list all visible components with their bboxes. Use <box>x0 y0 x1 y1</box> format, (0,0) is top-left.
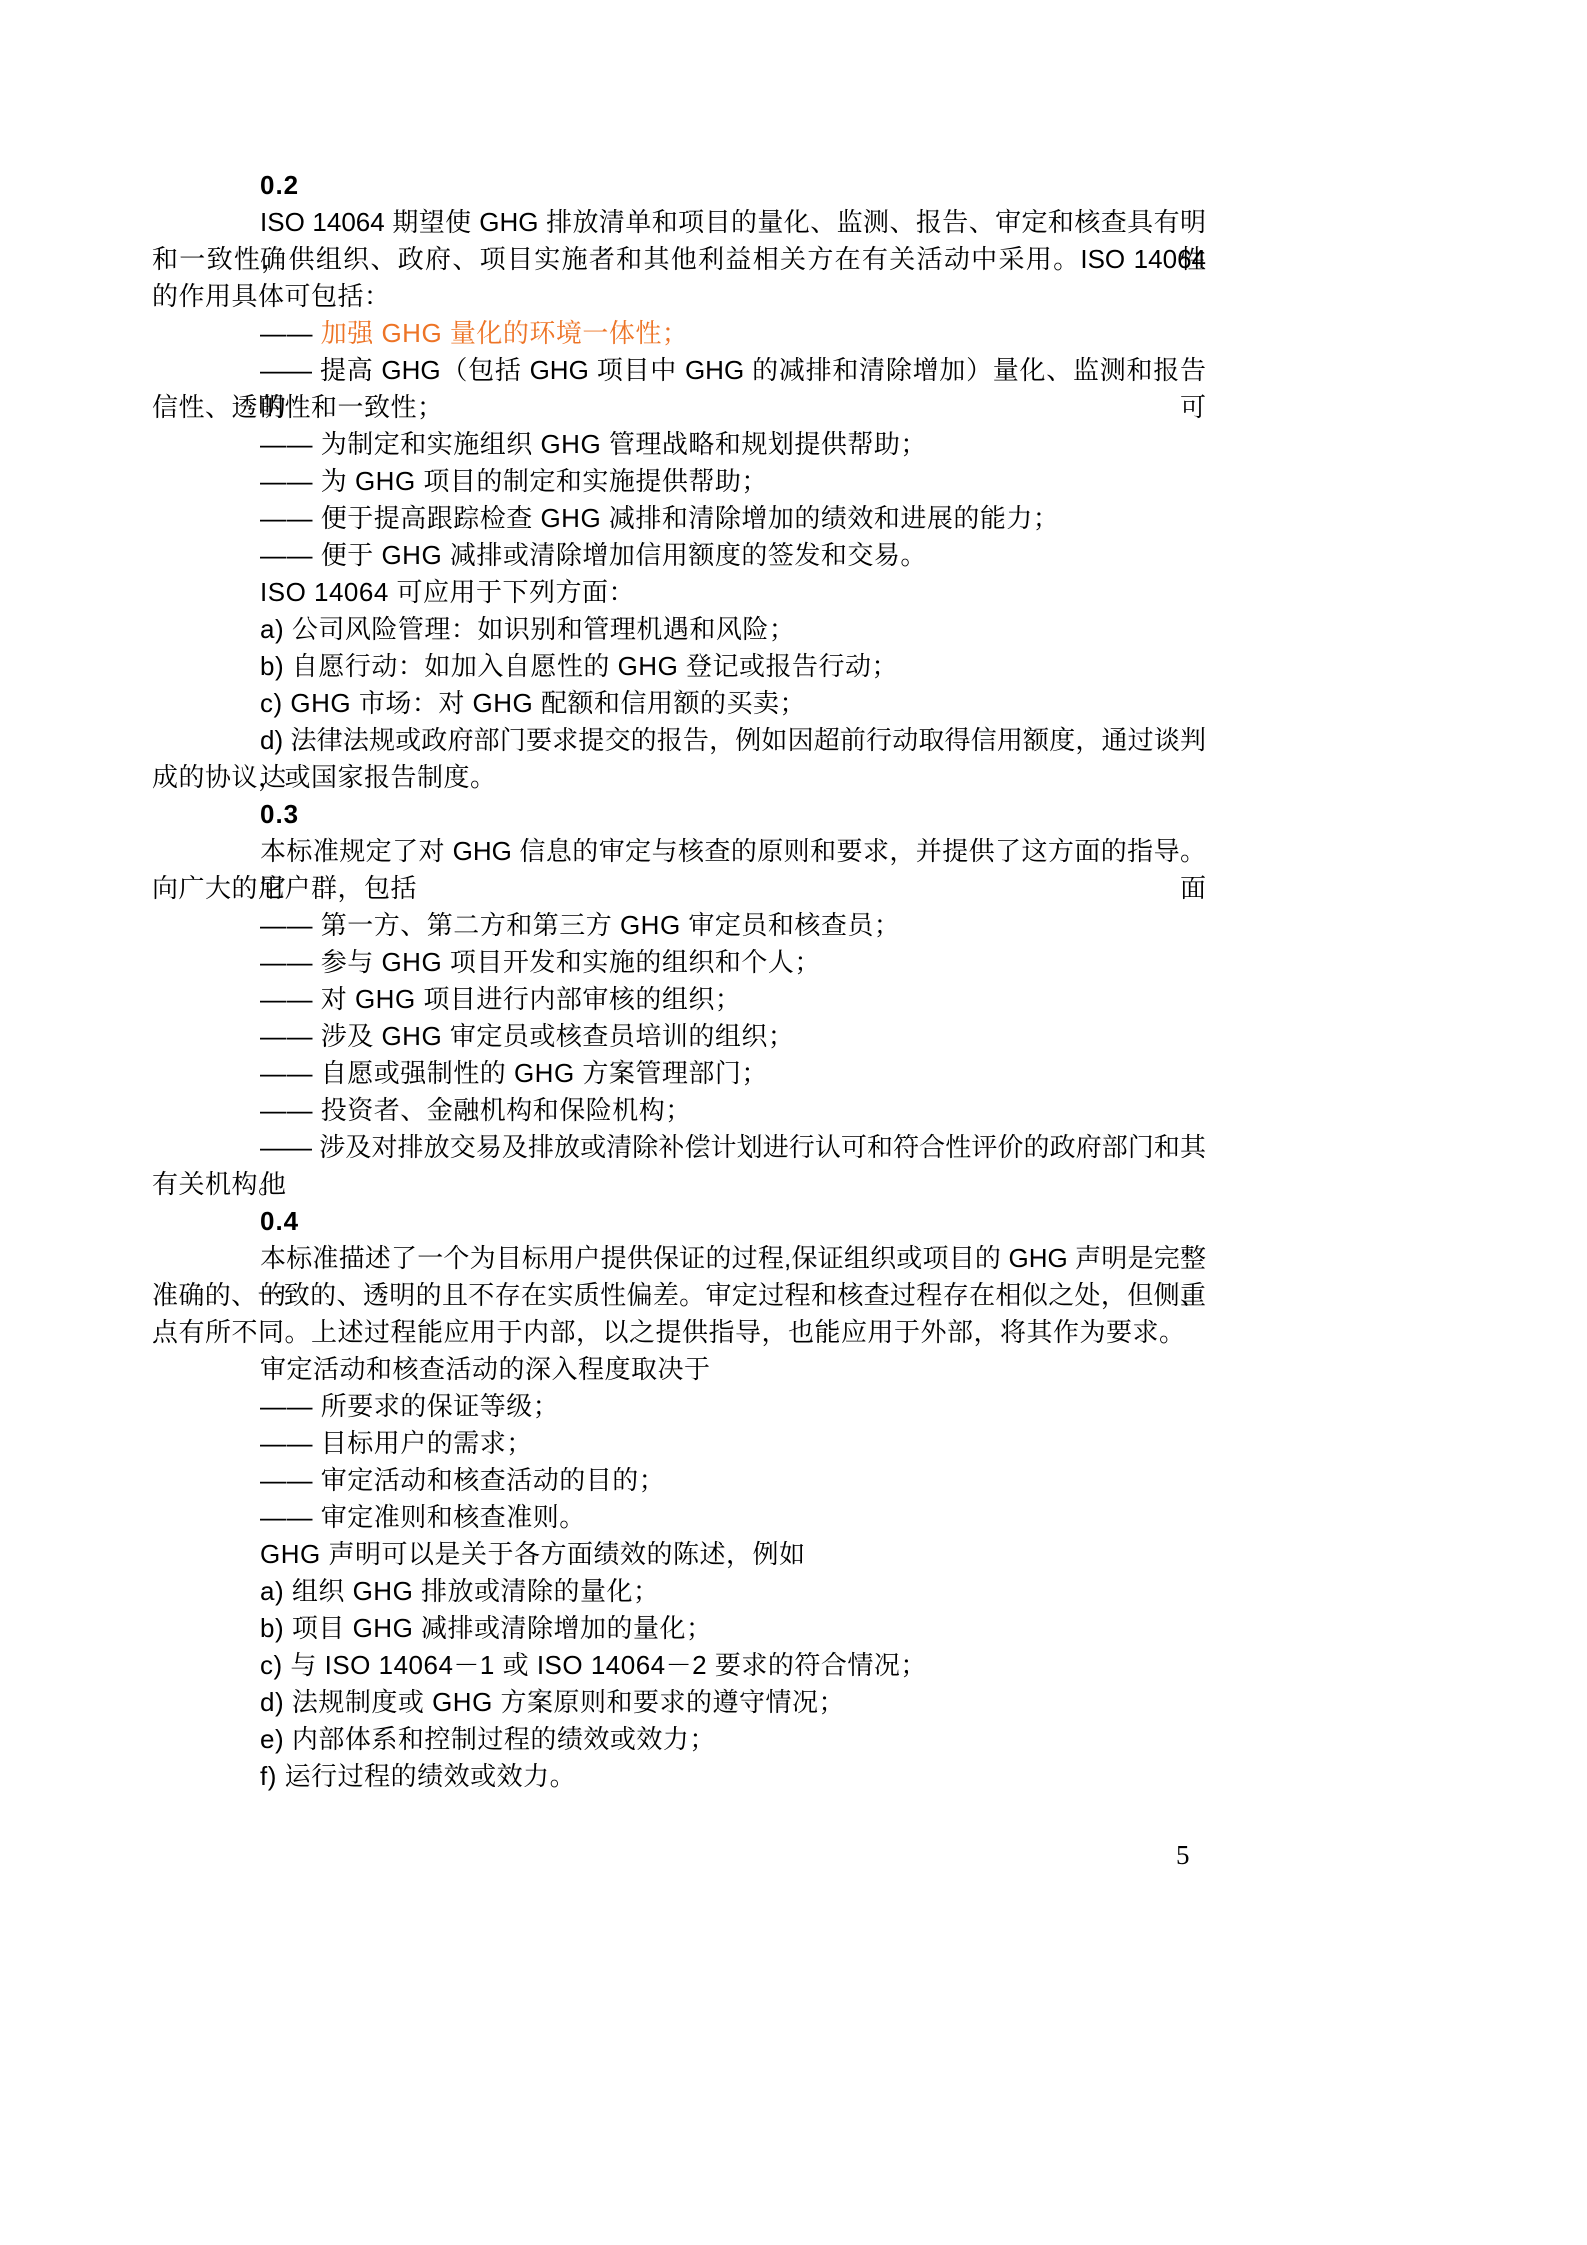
list-item: —— 自愿或强制性的 GHG 方案管理部门； <box>152 1055 1206 1092</box>
line-text: —— 涉及 GHG 审定员或核查员培训的组织； <box>260 1021 794 1051</box>
text-line: e) 内部体系和控制过程的绩效或效力； <box>152 1721 1206 1758</box>
line-text: 准确的、一致的、透明的且不存在实质性偏差。审定过程和核查过程存在相似之处，但侧重 <box>152 1280 1206 1310</box>
line-text: 0.3 <box>260 799 299 829</box>
line-text: b) 项目 GHG 减排或清除增加的量化； <box>260 1613 713 1643</box>
line-text: —— 投资者、金融机构和保险机构； <box>260 1095 692 1125</box>
text-line: 本标准规定了对 GHG 信息的审定与核查的原则和要求，并提供了这方面的指导。它面 <box>152 833 1206 870</box>
text-line: ISO 14064 可应用于下列方面： <box>152 574 1206 611</box>
line-text: c) 与 ISO 14064－1 或 ISO 14064－2 要求的符合情况； <box>260 1650 927 1680</box>
text-line: 本标准描述了一个为目标用户提供保证的过程,保证组织或项目的 GHG 声明是完整的… <box>152 1240 1206 1277</box>
line-text: —— 便于 GHG 减排或清除增加信用额度的签发和交易。 <box>260 540 927 570</box>
section-heading: 0.4 <box>152 1203 1206 1240</box>
line-text: —— 对 GHG 项目进行内部审核的组织； <box>260 984 741 1014</box>
section-heading: 0.3 <box>152 796 1206 833</box>
text-line: ISO 14064 期望使 GHG 排放清单和项目的量化、监测、报告、审定和核查… <box>152 204 1206 241</box>
text-line: 点有所不同。上述过程能应用于内部，以之提供指导，也能应用于外部，将其作为要求。 <box>152 1314 1206 1351</box>
document-content: 0.2ISO 14064 期望使 GHG 排放清单和项目的量化、监测、报告、审定… <box>152 167 1206 1795</box>
text-line: b) 自愿行动：如加入自愿性的 GHG 登记或报告行动； <box>152 648 1206 685</box>
text-line: 和一致性，供组织、政府、项目实施者和其他利益相关方在有关活动中采用。ISO 14… <box>152 241 1206 278</box>
list-item: —— 对 GHG 项目进行内部审核的组织； <box>152 981 1206 1018</box>
list-item: —— 便于 GHG 减排或清除增加信用额度的签发和交易。 <box>152 537 1206 574</box>
line-text: —— 所要求的保证等级； <box>260 1391 559 1421</box>
line-text: d) 法规制度或 GHG 方案原则和要求的遵守情况； <box>260 1687 845 1717</box>
list-item: —— 涉及 GHG 审定员或核查员培训的组织； <box>152 1018 1206 1055</box>
list-item: —— 投资者、金融机构和保险机构； <box>152 1092 1206 1129</box>
line-text: c) GHG 市场：对 GHG 配额和信用额的买卖； <box>260 688 806 718</box>
list-item: —— 第一方、第二方和第三方 GHG 审定员和核查员； <box>152 907 1206 944</box>
text-line: f) 运行过程的绩效或效力。 <box>152 1758 1206 1795</box>
text-line: a) 公司风险管理：如识别和管理机遇和风险； <box>152 611 1206 648</box>
line-text: —— 审定活动和核查活动的目的； <box>260 1465 665 1495</box>
line-text: e) 内部体系和控制过程的绩效或效力； <box>260 1724 716 1754</box>
line-text: —— 为 GHG 项目的制定和实施提供帮助； <box>260 466 768 496</box>
line-text: a) 组织 GHG 排放或清除的量化； <box>260 1576 660 1606</box>
line-text: 信性、透明性和一致性； <box>152 392 444 422</box>
line-text: —— 为制定和实施组织 GHG 管理战略和规划提供帮助； <box>260 429 927 459</box>
list-item: —— 便于提高跟踪检查 GHG 减排和清除增加的绩效和进展的能力； <box>152 500 1206 537</box>
text-line: 有关机构。 <box>152 1166 1206 1203</box>
list-item: —— 提高 GHG（包括 GHG 项目中 GHG 的减排和清除增加）量化、监测和… <box>152 352 1206 389</box>
line-text: GHG 声明可以是关于各方面绩效的陈述，例如 <box>260 1539 805 1569</box>
text-line: b) 项目 GHG 减排或清除增加的量化； <box>152 1610 1206 1647</box>
line-text: a) 公司风险管理：如识别和管理机遇和风险； <box>260 614 795 644</box>
line-text: —— 自愿或强制性的 GHG 方案管理部门； <box>260 1058 768 1088</box>
list-item: —— 参与 GHG 项目开发和实施的组织和个人； <box>152 944 1206 981</box>
document-page: 0.2ISO 14064 期望使 GHG 排放清单和项目的量化、监测、报告、审定… <box>0 0 1587 2245</box>
section-heading: 0.2 <box>152 167 1206 204</box>
list-item: —— 为制定和实施组织 GHG 管理战略和规划提供帮助； <box>152 426 1206 463</box>
page-number: 5 <box>1176 1840 1190 1870</box>
line-text: 的作用具体可包括： <box>152 281 391 311</box>
text-line: GHG 声明可以是关于各方面绩效的陈述，例如 <box>152 1536 1206 1573</box>
line-text: 0.4 <box>260 1206 299 1236</box>
text-line: d) 法律法规或政府部门要求提交的报告，例如因超前行动取得信用额度，通过谈判达 <box>152 722 1206 759</box>
line-text: —— 目标用户的需求； <box>260 1428 533 1458</box>
line-text: —— 参与 GHG 项目开发和实施的组织和个人； <box>260 947 821 977</box>
dash-marker: —— <box>260 318 321 348</box>
line-text: 和一致性，供组织、政府、项目实施者和其他利益相关方在有关活动中采用。ISO 14… <box>152 244 1206 274</box>
text-line: a) 组织 GHG 排放或清除的量化； <box>152 1573 1206 1610</box>
line-text: —— 便于提高跟踪检查 GHG 减排和清除增加的绩效和进展的能力； <box>260 503 1059 533</box>
text-line: c) GHG 市场：对 GHG 配额和信用额的买卖； <box>152 685 1206 722</box>
line-text: —— 第一方、第二方和第三方 GHG 审定员和核查员； <box>260 910 900 940</box>
text-line: c) 与 ISO 14064－1 或 ISO 14064－2 要求的符合情况； <box>152 1647 1206 1684</box>
highlighted-text: 加强 GHG 量化的环境一体性； <box>321 318 689 348</box>
list-item: —— 审定活动和核查活动的目的； <box>152 1462 1206 1499</box>
line-text: 审定活动和核查活动的深入程度取决于 <box>260 1354 711 1384</box>
list-item: —— 目标用户的需求； <box>152 1425 1206 1462</box>
line-text: —— 审定准则和核查准则。 <box>260 1502 586 1532</box>
text-line: 的作用具体可包括： <box>152 278 1206 315</box>
line-text: 成的协议，或国家报告制度。 <box>152 762 497 792</box>
line-text: 有关机构。 <box>152 1169 285 1199</box>
text-line: 准确的、一致的、透明的且不存在实质性偏差。审定过程和核查过程存在相似之处，但侧重 <box>152 1277 1206 1314</box>
line-text: 向广大的用户群，包括 <box>152 873 417 903</box>
line-text: 0.2 <box>260 170 299 200</box>
line-text: f) 运行过程的绩效或效力。 <box>260 1761 576 1791</box>
list-item: —— 涉及对排放交易及排放或清除补偿计划进行认可和符合性评价的政府部门和其他 <box>152 1129 1206 1166</box>
list-item: —— 所要求的保证等级； <box>152 1388 1206 1425</box>
line-text: b) 自愿行动：如加入自愿性的 GHG 登记或报告行动； <box>260 651 898 681</box>
text-line: d) 法规制度或 GHG 方案原则和要求的遵守情况； <box>152 1684 1206 1721</box>
list-item: —— 为 GHG 项目的制定和实施提供帮助； <box>152 463 1206 500</box>
text-line: 审定活动和核查活动的深入程度取决于 <box>152 1351 1206 1388</box>
list-item: —— 审定准则和核查准则。 <box>152 1499 1206 1536</box>
line-text: ISO 14064 可应用于下列方面： <box>260 577 635 607</box>
list-item: —— 加强 GHG 量化的环境一体性； <box>152 315 1206 352</box>
text-line: 成的协议，或国家报告制度。 <box>152 759 1206 796</box>
line-text: 点有所不同。上述过程能应用于内部，以之提供指导，也能应用于外部，将其作为要求。 <box>152 1317 1186 1347</box>
